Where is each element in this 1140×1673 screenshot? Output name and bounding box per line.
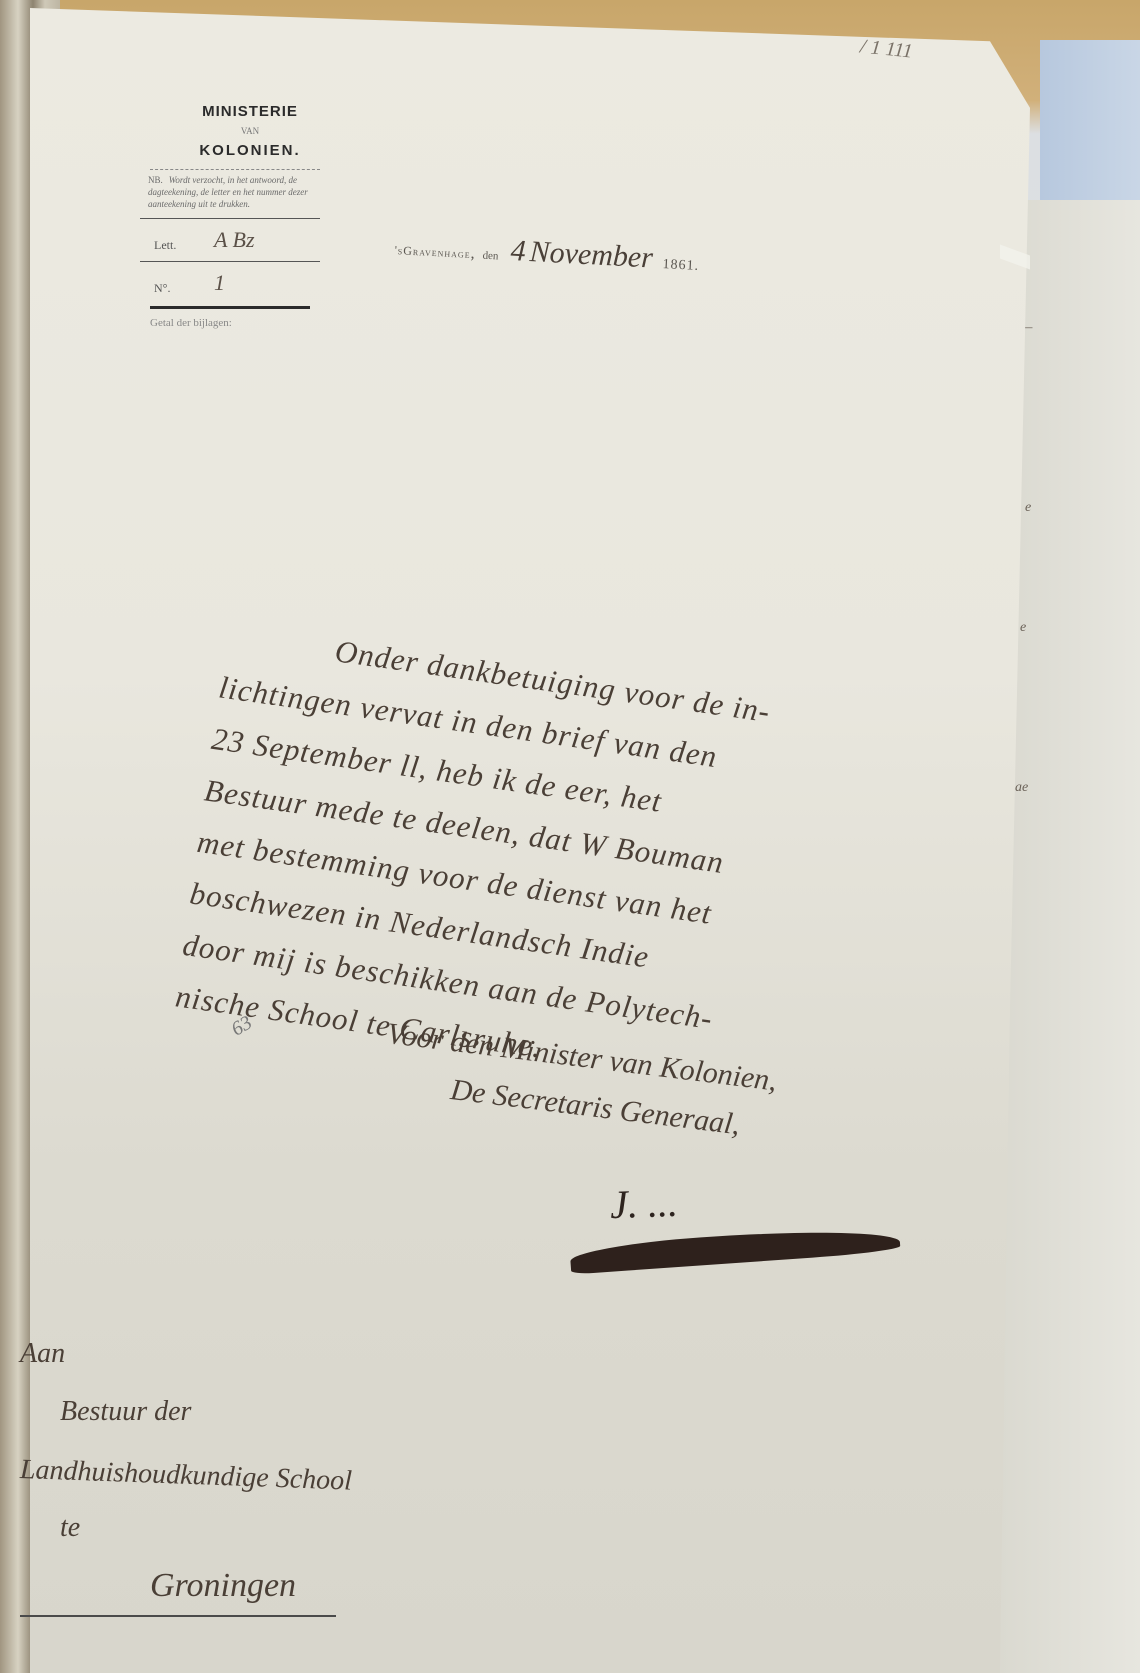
lett-label: Lett. (140, 238, 194, 253)
nb-text: Wordt verzocht, in het antwoord, de dagt… (148, 175, 308, 209)
letterhead: MINISTERIE VAN KOLONIEN. NB.Wordt verzoc… (140, 103, 320, 329)
underlying-ink-mark: e (1025, 500, 1031, 516)
nb-label: NB. (148, 175, 163, 185)
letterhead-kolonien: KOLONIEN. (180, 142, 320, 159)
dateline-city: 'sGravenhage (394, 243, 471, 261)
number-label: N°. (140, 281, 194, 296)
letterhead-dashed-rule (150, 169, 320, 170)
lett-row: Lett. A Bz (140, 219, 320, 253)
underlying-ink-mark: ae (1015, 780, 1028, 796)
number-row: N°. 1 (140, 262, 320, 296)
dateline-day: 4 (510, 234, 527, 268)
corner-archive-marks: / 1 111 (859, 35, 914, 63)
addressee-block: Aan Bestuur der Landhuishoudkundige Scho… (20, 1325, 352, 1617)
lett-value: A Bz (194, 227, 255, 253)
dateline-year: 1861. (662, 257, 699, 274)
signature: J. ... (570, 1160, 930, 1280)
signature-text: J. ... (609, 1179, 678, 1228)
number-value: 1 (194, 270, 225, 296)
signature-flourish (569, 1224, 900, 1275)
dateline-month: November (529, 235, 654, 274)
letterhead-ministerie: MINISTERIE (180, 103, 320, 120)
address-city: Groningen (20, 1557, 336, 1617)
letterhead-van: VAN (180, 126, 320, 136)
getal-bijlagen-label: Getal der bijlagen: (140, 309, 320, 329)
underlying-ink-mark: e (1020, 620, 1026, 636)
address-bestuur: Bestuur der (20, 1383, 352, 1441)
blue-paper-background (1040, 40, 1140, 200)
dateline-den: den (482, 250, 498, 263)
address-school: Landhuishoudkundige School (19, 1441, 353, 1511)
address-aan: Aan (20, 1325, 352, 1383)
letterhead-nb-note: NB.Wordt verzocht, in het antwoord, de d… (140, 174, 320, 210)
